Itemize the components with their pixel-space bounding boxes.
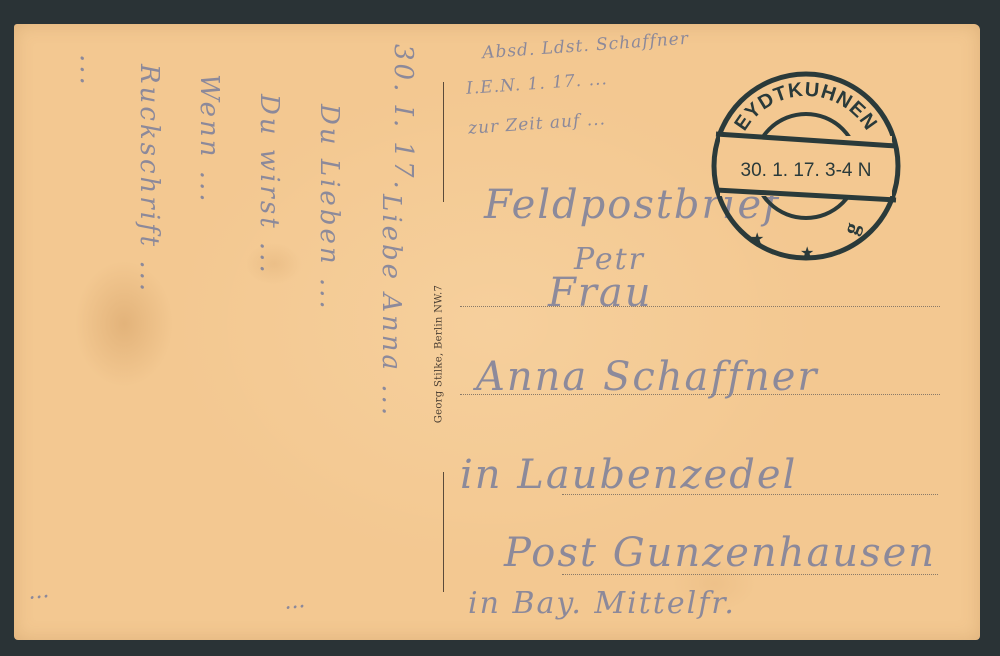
message-date: 30. I. 17. (388, 44, 418, 192)
message-footer: ... (27, 578, 50, 605)
postmark-stamp: EYDTKUHNEN 30. 1. 17. 3-4 N ★ ★ g (706, 66, 906, 266)
postmark-town: EYDTKUHNEN (730, 79, 881, 135)
message-line: Du wirst ... (254, 94, 284, 276)
message-line: ... (74, 54, 104, 88)
publisher-imprint: Georg Stilke, Berlin NW.7 (434, 285, 445, 423)
message-line: Wenn ... (194, 74, 224, 205)
center-divider-line (443, 472, 444, 592)
postmark-date: 30. 1. 17. 3-4 N (741, 160, 872, 181)
message-signature: ... (283, 588, 306, 615)
address-line-7: in Bay. Mittelfr. (468, 586, 736, 621)
address-line-5: in Laubenzedel (460, 452, 797, 498)
sender-line: Absd. Ldst. Schaffner (482, 29, 690, 63)
address-line (460, 306, 940, 307)
center-divider-line (443, 82, 444, 202)
message-line: Ruckschrift ... (134, 64, 164, 294)
star-icon: ★ (800, 243, 814, 262)
svg-text:EYDTKUHNEN: EYDTKUHNEN (730, 79, 881, 135)
message-line: Liebe Anna ... (376, 194, 406, 418)
sender-line: I.E.N. 1. 17. ... (465, 69, 608, 99)
star-icon: ★ (750, 229, 764, 248)
address-line-4: Anna Schaffner (476, 354, 819, 400)
address-line-3: Frau (548, 270, 652, 316)
message-line: Du Lieben ... (314, 104, 344, 312)
sender-line: zur Zeit auf ... (467, 109, 606, 139)
address-line-6: Post Gunzenhausen (504, 530, 936, 576)
postcard: Georg Stilke, Berlin NW.7 Absd. Ldst. Sc… (14, 24, 980, 640)
postmark-letter: g (837, 219, 864, 238)
